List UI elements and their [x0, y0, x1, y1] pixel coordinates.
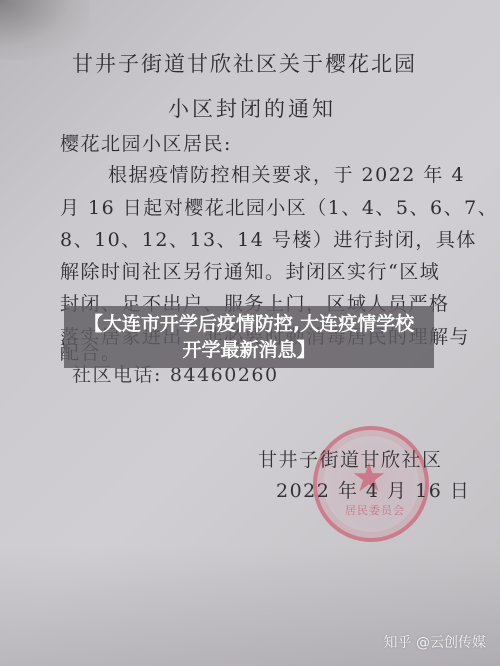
- signature-date: 2022 年 4 月 16 日: [276, 476, 470, 503]
- caption-overlay: 【大连市开学后疫情防控,大连疫情学校开学最新消息】: [64, 306, 434, 368]
- seal-text: 居民委员会: [345, 502, 405, 518]
- notice-body-line: 月 16 日起对樱花北园小区（1、4、5、6、7、: [60, 193, 498, 220]
- notice-salutation: 樱花北园小区居民:: [60, 129, 232, 156]
- notice-body-line: 根据疫情防控相关要求，于 2022 年 4: [108, 160, 465, 187]
- notice-title-line1: 甘井子街道甘欣社区关于樱花北园: [72, 48, 417, 78]
- notice-title-line2: 小区封闭的通知: [168, 93, 336, 123]
- signature-organization: 甘井子街道甘欣社区: [258, 445, 443, 472]
- caption-text: 【大连市开学后疫情防控,大连疫情学校开学最新消息】: [79, 311, 419, 363]
- notice-body-line: 8、10、12、13、14 号楼）进行封闭，具体: [60, 225, 477, 252]
- watermark: 知乎 @云创传媒: [384, 632, 486, 652]
- notice-body-line: 解除时间社区另行通知。封闭区实行“区域: [60, 257, 440, 284]
